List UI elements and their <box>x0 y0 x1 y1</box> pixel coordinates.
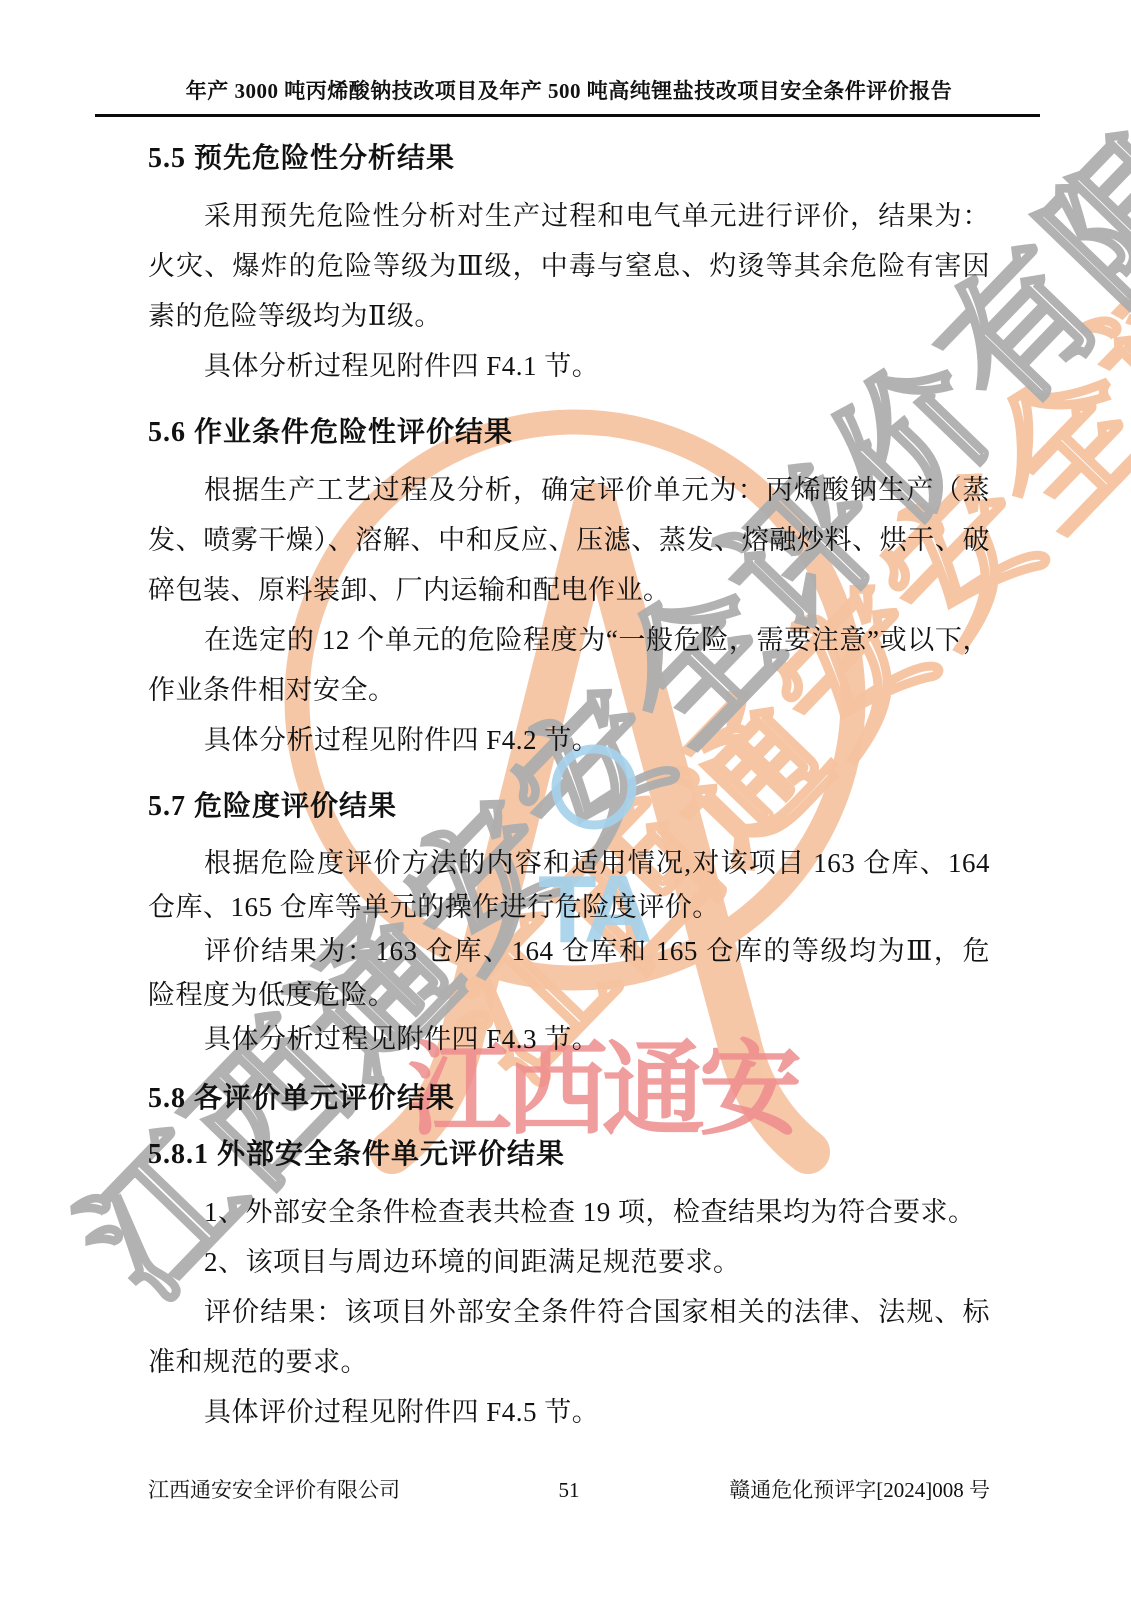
section-5-6: 5.6 作业条件危险性评价结果 根据生产工艺过程及分析，确定评价单元为：丙烯酸钠… <box>148 413 990 765</box>
paragraph: 评价结果为：163 仓库、164 仓库和 165 仓库的等级均为Ⅲ，危险程度为低… <box>148 929 990 1017</box>
document-content: 年产 3000 吨丙烯酸钠技改项目及年产 500 吨高纯锂盐技改项目安全条件评价… <box>148 76 990 1437</box>
section-5-7-heading: 5.7 危险度评价结果 <box>148 787 990 827</box>
section-5-8: 5.8 各评价单元评价结果 <box>148 1079 990 1119</box>
section-5-8-heading: 5.8 各评价单元评价结果 <box>148 1079 990 1119</box>
paragraph: 2、该项目与周边环境的间距满足规范要求。 <box>148 1237 990 1287</box>
header-rule <box>95 114 1040 117</box>
footer-page-number: 51 <box>148 1476 990 1504</box>
report-page: 江西通安安全评价有限公司 江西通安安全评价有限公司 TA 江西通安 年产 300… <box>0 0 1131 1600</box>
paragraph: 具体分析过程见附件四 F4.1 节。 <box>148 341 990 391</box>
section-5-5: 5.5 预先危险性分析结果 采用预先危险性分析对生产过程和电气单元进行评价，结果… <box>148 139 990 391</box>
page-header-title: 年产 3000 吨丙烯酸钠技改项目及年产 500 吨高纯锂盐技改项目安全条件评价… <box>148 76 990 106</box>
section-5-8-1-heading: 5.8.1 外部安全条件单元评价结果 <box>148 1135 990 1175</box>
section-5-7: 5.7 危险度评价结果 根据危险度评价方法的内容和适用情况,对该项目 163 仓… <box>148 787 990 1061</box>
section-5-8-1-body: 1、外部安全条件检查表共检查 19 项，检查结果均为符合要求。 2、该项目与周边… <box>148 1187 990 1437</box>
section-5-5-heading: 5.5 预先危险性分析结果 <box>148 139 990 179</box>
section-5-6-heading: 5.6 作业条件危险性评价结果 <box>148 413 990 453</box>
section-5-6-body: 根据生产工艺过程及分析，确定评价单元为：丙烯酸钠生产（蒸发、喷雾干燥）、溶解、中… <box>148 465 990 765</box>
paragraph: 评价结果：该项目外部安全条件符合国家相关的法律、法规、标准和规范的要求。 <box>148 1287 990 1387</box>
paragraph: 具体分析过程见附件四 F4.3 节。 <box>148 1017 990 1061</box>
section-5-8-1: 5.8.1 外部安全条件单元评价结果 1、外部安全条件检查表共检查 19 项，检… <box>148 1135 990 1437</box>
paragraph: 根据危险度评价方法的内容和适用情况,对该项目 163 仓库、164 仓库、165… <box>148 841 990 929</box>
page-footer: 江西通安安全评价有限公司 51 赣通危化预评字[2024]008 号 <box>148 1476 990 1504</box>
paragraph: 具体分析过程见附件四 F4.2 节。 <box>148 715 990 765</box>
paragraph: 1、外部安全条件检查表共检查 19 项，检查结果均为符合要求。 <box>148 1187 990 1237</box>
section-5-7-body: 根据危险度评价方法的内容和适用情况,对该项目 163 仓库、164 仓库、165… <box>148 841 990 1061</box>
paragraph: 在选定的 12 个单元的危险程度为“一般危险，需要注意”或以下，作业条件相对安全… <box>148 615 990 715</box>
section-5-5-body: 采用预先危险性分析对生产过程和电气单元进行评价，结果为：火灾、爆炸的危险等级为Ⅲ… <box>148 191 990 391</box>
paragraph: 具体评价过程见附件四 F4.5 节。 <box>148 1387 990 1437</box>
paragraph: 采用预先危险性分析对生产过程和电气单元进行评价，结果为：火灾、爆炸的危险等级为Ⅲ… <box>148 191 990 341</box>
paragraph: 根据生产工艺过程及分析，确定评价单元为：丙烯酸钠生产（蒸发、喷雾干燥）、溶解、中… <box>148 465 990 615</box>
